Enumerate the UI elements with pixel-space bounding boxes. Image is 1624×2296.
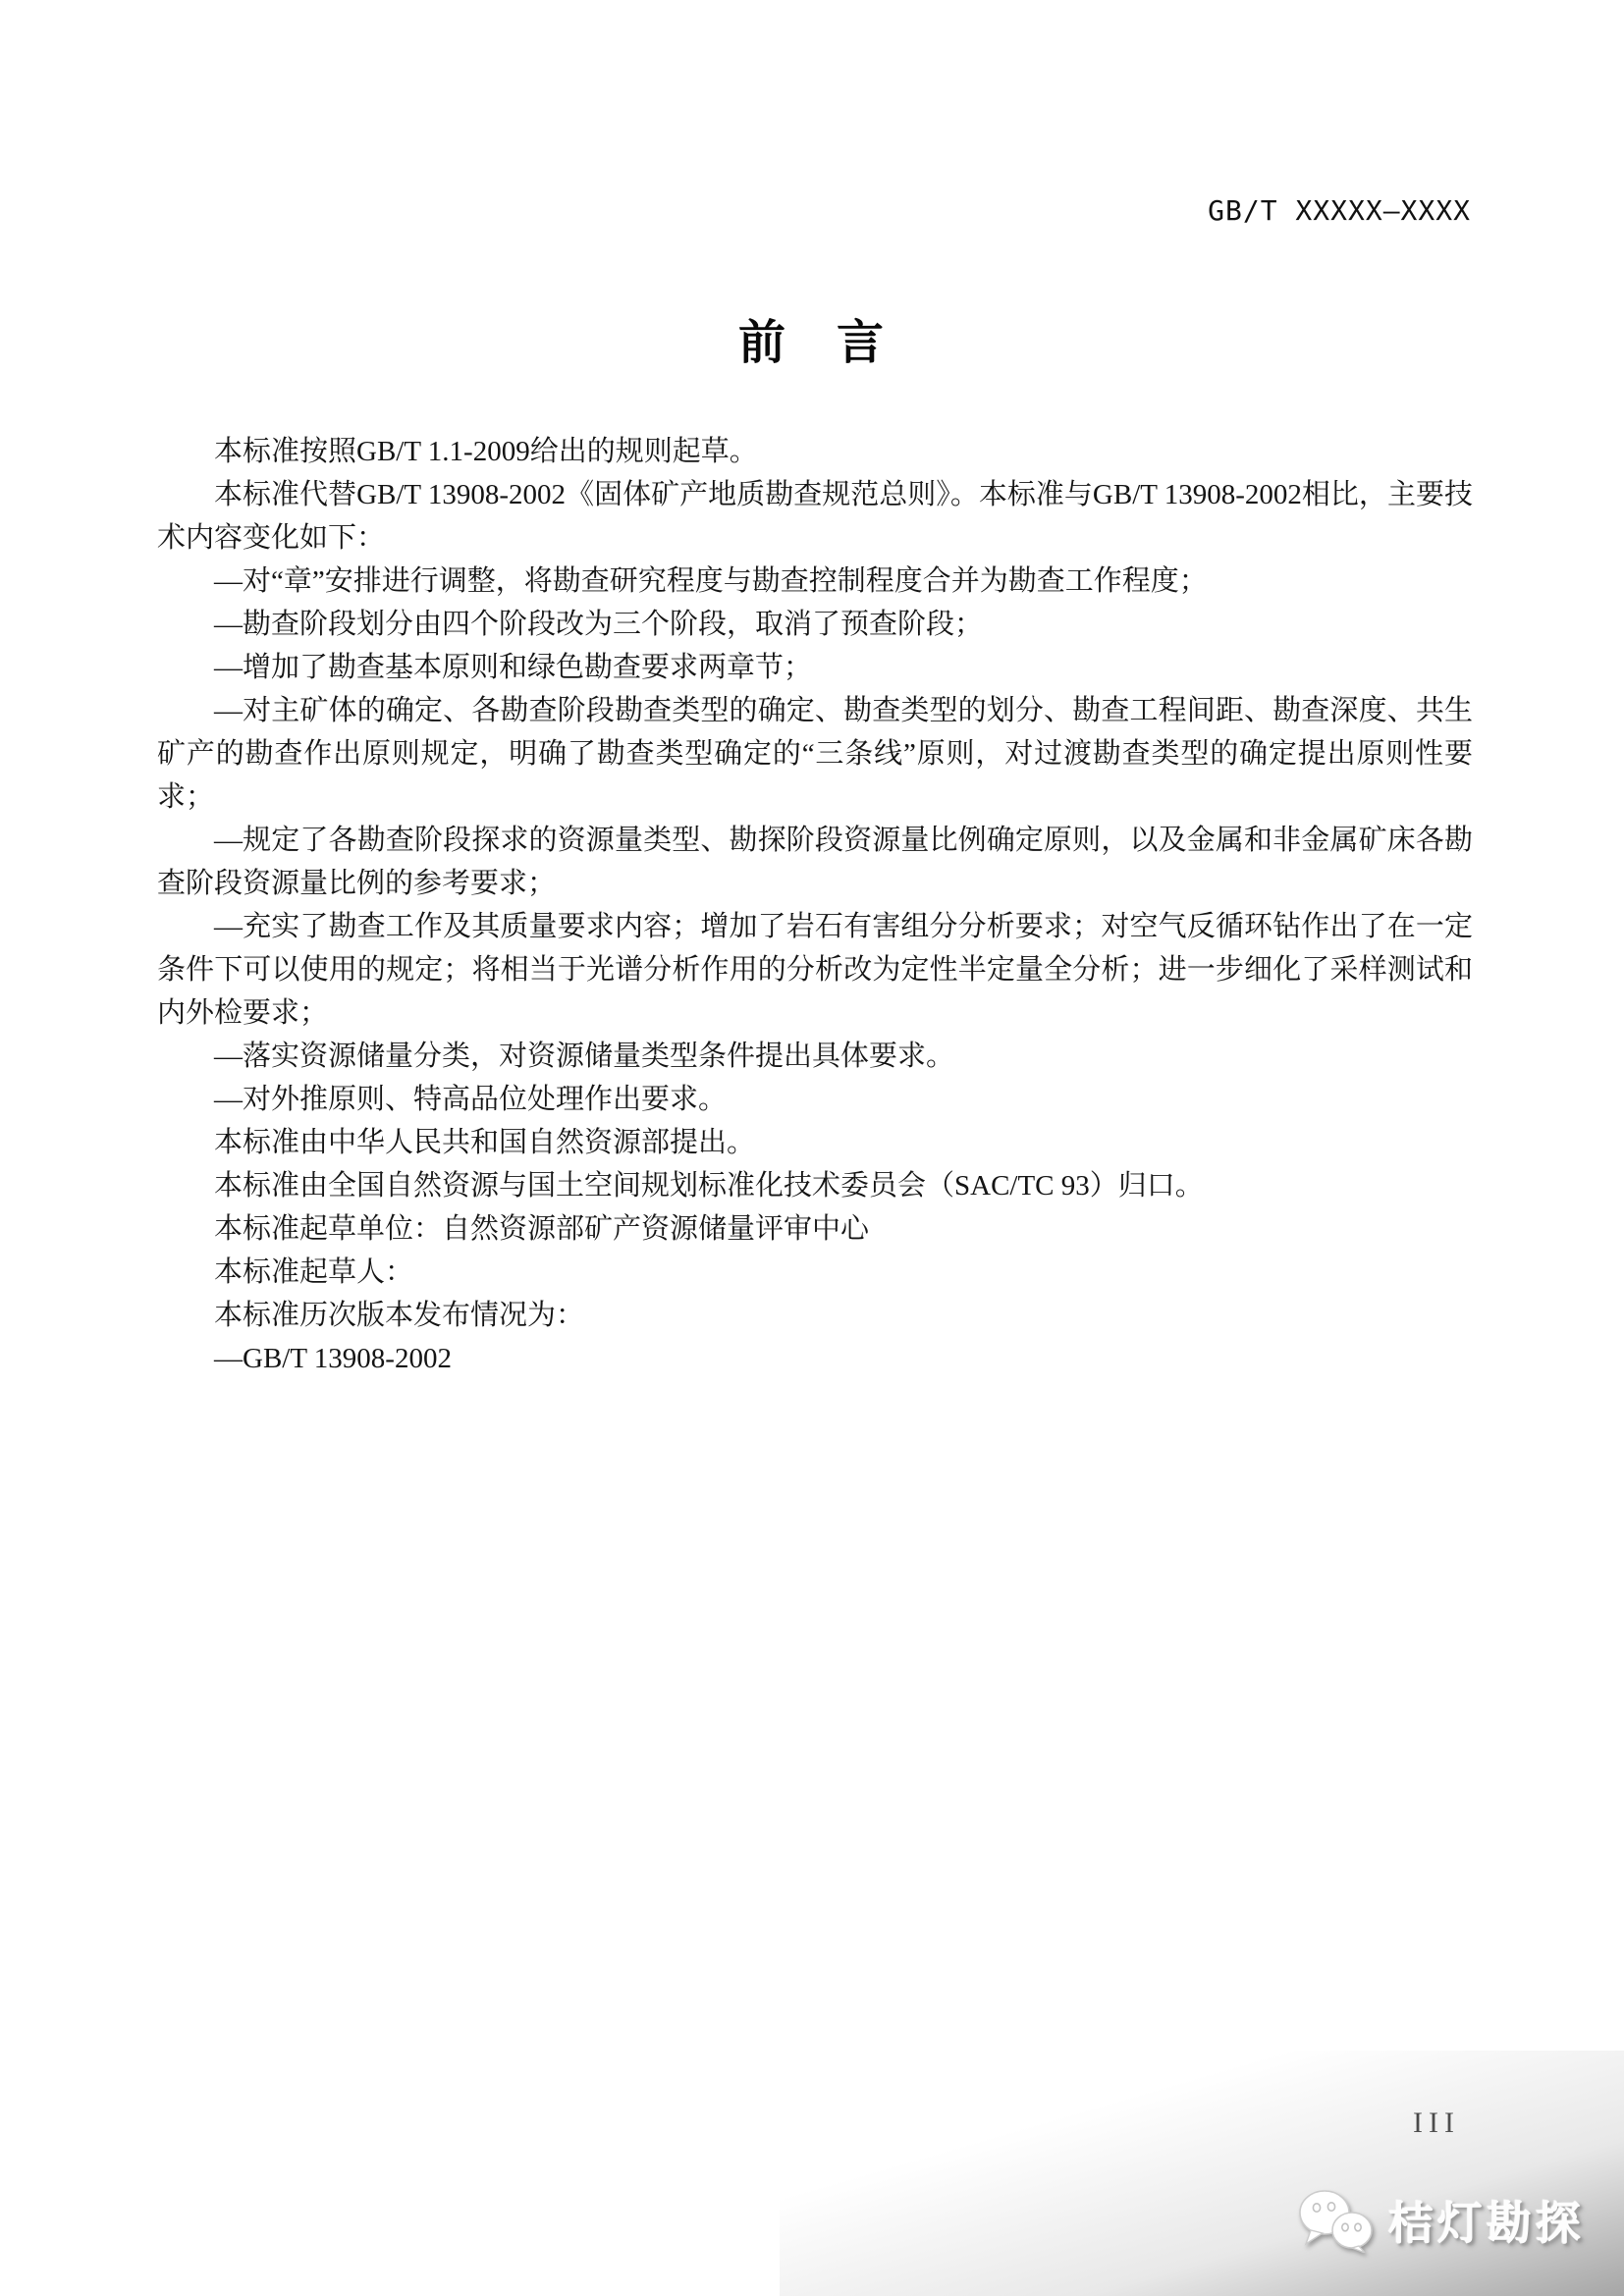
standard-code: GB/T XXXXX—XXXX <box>1208 194 1471 227</box>
change-item: —增加了勘查基本原则和绿色勘查要求两章节； <box>157 646 1473 689</box>
change-item: —对主矿体的确定、各勘查阶段勘查类型的确定、勘查类型的划分、勘查工程间距、勘查深… <box>157 689 1473 819</box>
corner-gradient <box>780 2051 1624 2296</box>
document-page: GB/T XXXXX—XXXX 前 言 本标准按照GB/T 1.1-2009给出… <box>0 0 1624 2296</box>
paragraph: 本标准由中华人民共和国自然资源部提出。 <box>157 1121 1473 1164</box>
watermark-label: 桔灯勘探 <box>1388 2188 1585 2253</box>
paragraph: 本标准起草单位：自然资源部矿产资源储量评审中心 <box>157 1207 1473 1251</box>
paragraph: 本标准由全国自然资源与国土空间规划标准化技术委员会（SAC/TC 93）归口。 <box>157 1164 1473 1207</box>
page-number: III <box>1382 2107 1490 2140</box>
paragraph: 本标准代替GB/T 13908-2002《固体矿产地质勘查规范总则》。本标准与G… <box>157 473 1473 560</box>
previous-edition-item: —GB/T 13908-2002 <box>157 1337 1473 1380</box>
change-item: —充实了勘查工作及其质量要求内容；增加了岩石有害组分分析要求；对空气反循环钻作出… <box>157 905 1473 1035</box>
paragraph: 本标准历次版本发布情况为： <box>157 1294 1473 1337</box>
wechat-icon <box>1298 2188 1379 2253</box>
paragraph: 本标准起草人： <box>157 1251 1473 1294</box>
foreword-body: 本标准按照GB/T 1.1-2009给出的规则起草。 本标准代替GB/T 139… <box>157 430 1473 1380</box>
page-title: 前 言 <box>0 316 1624 371</box>
change-item: —落实资源储量分类，对资源储量类型条件提出具体要求。 <box>157 1035 1473 1078</box>
watermark: 桔灯勘探 <box>1298 2188 1585 2253</box>
change-item: —规定了各勘查阶段探求的资源量类型、勘探阶段资源量比例确定原则，以及金属和非金属… <box>157 819 1473 905</box>
change-item: —勘查阶段划分由四个阶段改为三个阶段，取消了预查阶段； <box>157 603 1473 646</box>
paragraph: 本标准按照GB/T 1.1-2009给出的规则起草。 <box>157 430 1473 473</box>
change-item: —对“章”安排进行调整，将勘查研究程度与勘查控制程度合并为勘查工作程度； <box>157 560 1473 603</box>
change-item: —对外推原则、特高品位处理作出要求。 <box>157 1078 1473 1121</box>
